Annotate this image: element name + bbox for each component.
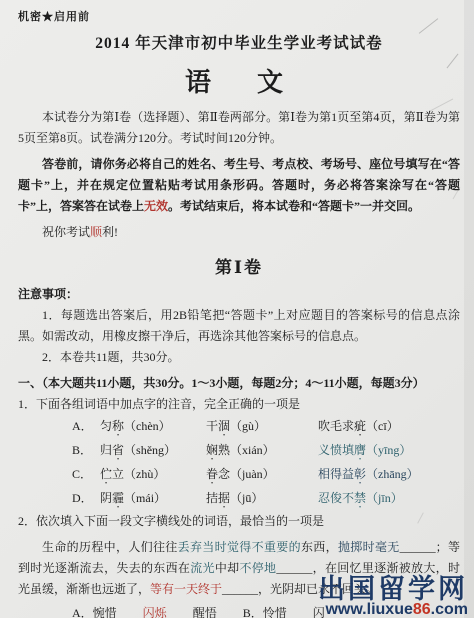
note-item-2: 2．本卷共11题，共30分。 bbox=[18, 347, 460, 368]
option-word: 吹毛求疵（cī） bbox=[318, 415, 460, 439]
dotted-char: 膺 bbox=[354, 443, 366, 457]
watermark-site-name: 出国留学网 bbox=[318, 575, 468, 603]
passage-teal-text: 流光 bbox=[190, 561, 215, 575]
dotted-char: 眷 bbox=[206, 467, 218, 481]
wish-line: 祝你考试顺利! bbox=[18, 222, 460, 243]
option-word: 忍俊不禁（jīn） bbox=[318, 487, 460, 511]
dotted-char: 伫 bbox=[100, 467, 112, 481]
word-pinyin: （yīng） bbox=[366, 443, 411, 457]
passage-ink-text: 抛掷时毫无 bbox=[338, 540, 400, 554]
option-word: 归省（shěng） bbox=[100, 439, 206, 463]
dotted-char: 涸 bbox=[218, 419, 230, 433]
word-pinyin: 念（juàn） bbox=[218, 467, 275, 481]
q1-option-a: A． 匀称（chèn） 干涸（gù） 吹毛求疵（cī） bbox=[72, 415, 460, 439]
word-pinyin: （zhāng） bbox=[366, 467, 419, 481]
word-pinyin: （jīn） bbox=[366, 491, 403, 505]
passage-teal-text: 不停地 bbox=[239, 561, 276, 575]
option-word: 伫立（zhù） bbox=[100, 463, 206, 487]
url-number: 86 bbox=[413, 601, 431, 618]
word-pinyin: 立（zhù） bbox=[112, 467, 165, 481]
note-item-1: 1．每题选出答案后，用2B铅笔把“答题卡”上对应题目的答案标号的信息点涂黑。如需… bbox=[18, 305, 460, 347]
option-label: A． bbox=[72, 415, 100, 439]
passage-red-text: 等有一天终于 bbox=[150, 582, 222, 596]
word-pinyin: （jū） bbox=[230, 491, 263, 505]
q2-stem: 2．依次填入下面一段文字横线处的词语，最恰当的一项是 bbox=[18, 511, 460, 532]
invalid-highlight: 无效 bbox=[144, 199, 168, 213]
exam-paper-scan: 机密★启用前 2014 年天津市初中毕业生学业考试试卷 语 文 本试卷分为第Ⅰ卷… bbox=[0, 0, 474, 618]
wish-text: 祝你考试 bbox=[42, 225, 90, 239]
word-pinyin: （cī） bbox=[366, 419, 399, 433]
wish-text-end: 利! bbox=[102, 225, 118, 239]
scan-edge-shade bbox=[464, 0, 474, 618]
word-pinyin: 熟（xián） bbox=[218, 443, 275, 457]
choice-a-label: A．惋惜 bbox=[72, 602, 117, 618]
choice-a-word-3: 醒悟 bbox=[193, 602, 217, 618]
classification-label: 机密★启用前 bbox=[18, 8, 460, 24]
option-word: 阴霾（mái） bbox=[100, 487, 206, 511]
word-text: 义愤填 bbox=[318, 443, 354, 457]
answer-rules-text-end: 。考试结束后，将本试卷和“答题卡”一并交回。 bbox=[168, 199, 420, 213]
dotted-char: 疵 bbox=[354, 419, 366, 433]
option-label: C． bbox=[72, 463, 100, 487]
volume-1-heading: 第Ⅰ卷 bbox=[18, 253, 460, 278]
word-text: 干 bbox=[206, 419, 218, 433]
q1-stem: 1．下面各组词语中加点字的注音，完全正确的一项是 bbox=[18, 394, 460, 415]
dotted-char: 霾 bbox=[112, 491, 124, 505]
subject-title: 语 文 bbox=[18, 62, 460, 99]
option-word: 匀称（chèn） bbox=[100, 415, 206, 439]
word-text: 拮 bbox=[206, 491, 218, 505]
q1-option-b: B． 归省（shěng） 娴熟（xián） 义愤填膺（yīng） bbox=[72, 439, 460, 463]
option-word: 眷念（juàn） bbox=[206, 463, 318, 487]
option-word: 相得益彰（zhāng） bbox=[318, 463, 460, 487]
intro-paragraph-answer-rules: 答卷前，请你务必将自己的姓名、考生号、考点校、考场号、座位号填写在“答题卡”上，… bbox=[18, 154, 460, 217]
part-1-heading: 一、（本大题共11小题，共30分。1～3小题，每题2分；4～11小题，每题3分） bbox=[18, 373, 460, 394]
word-pinyin: （mái） bbox=[124, 491, 166, 505]
word-text: 阴 bbox=[100, 491, 112, 505]
word-pinyin: （shěng） bbox=[124, 443, 176, 457]
wish-red-char: 顺 bbox=[90, 225, 102, 239]
dotted-char: 称 bbox=[112, 419, 124, 433]
word-text: 相得益 bbox=[318, 467, 354, 481]
dotted-char: 彰 bbox=[354, 467, 366, 481]
passage-teal-text: 丢弃当时觉得不重要的 bbox=[178, 540, 301, 554]
passage-text: 东西， bbox=[301, 540, 338, 554]
option-word: 义愤填膺（yīng） bbox=[318, 439, 460, 463]
option-label: B． bbox=[72, 439, 100, 463]
url-prefix: www.liuxue bbox=[325, 601, 412, 618]
dotted-char: 娴 bbox=[206, 443, 218, 457]
q1-option-c: C． 伫立（zhù） 眷念（juàn） 相得益彰（zhāng） bbox=[72, 463, 460, 487]
watermark-url: www.liuxue86.com bbox=[318, 601, 468, 618]
liuxue-watermark: 出国留学网 www.liuxue86.com bbox=[318, 575, 468, 618]
option-word: 拮据（jū） bbox=[206, 487, 318, 511]
option-word: 干涸（gù） bbox=[206, 415, 318, 439]
word-text: 匀 bbox=[100, 419, 112, 433]
option-label: D． bbox=[72, 487, 100, 511]
dotted-char: 禁 bbox=[354, 491, 366, 505]
word-text: 吹毛求 bbox=[318, 419, 354, 433]
word-text: 归 bbox=[100, 443, 112, 457]
word-pinyin: （gù） bbox=[230, 419, 266, 433]
q1-option-d: D． 阴霾（mái） 拮据（jū） 忍俊不禁（jīn） bbox=[72, 487, 460, 511]
choice-a-word-2: 闪烁 bbox=[143, 602, 167, 618]
intro-paragraph-structure: 本试卷分为第Ⅰ卷（选择题）、第Ⅱ卷两部分。第Ⅰ卷为第1页至第4页，第Ⅱ卷为第5页… bbox=[18, 107, 460, 149]
exam-title: 2014 年天津市初中毕业生学业考试试卷 bbox=[18, 31, 460, 53]
choice-b-label: B．怜惜 bbox=[243, 602, 287, 618]
word-pinyin: （chèn） bbox=[124, 419, 171, 433]
option-word: 娴熟（xián） bbox=[206, 439, 318, 463]
passage-text: 生命的历程中，人们往往 bbox=[42, 540, 178, 554]
word-text: 忍俊不 bbox=[318, 491, 354, 505]
url-suffix: .com bbox=[431, 601, 468, 618]
notes-title: 注意事项： bbox=[18, 284, 460, 305]
dotted-char: 据 bbox=[218, 491, 230, 505]
dotted-char: 省 bbox=[112, 443, 124, 457]
passage-text: 中却 bbox=[215, 561, 240, 575]
